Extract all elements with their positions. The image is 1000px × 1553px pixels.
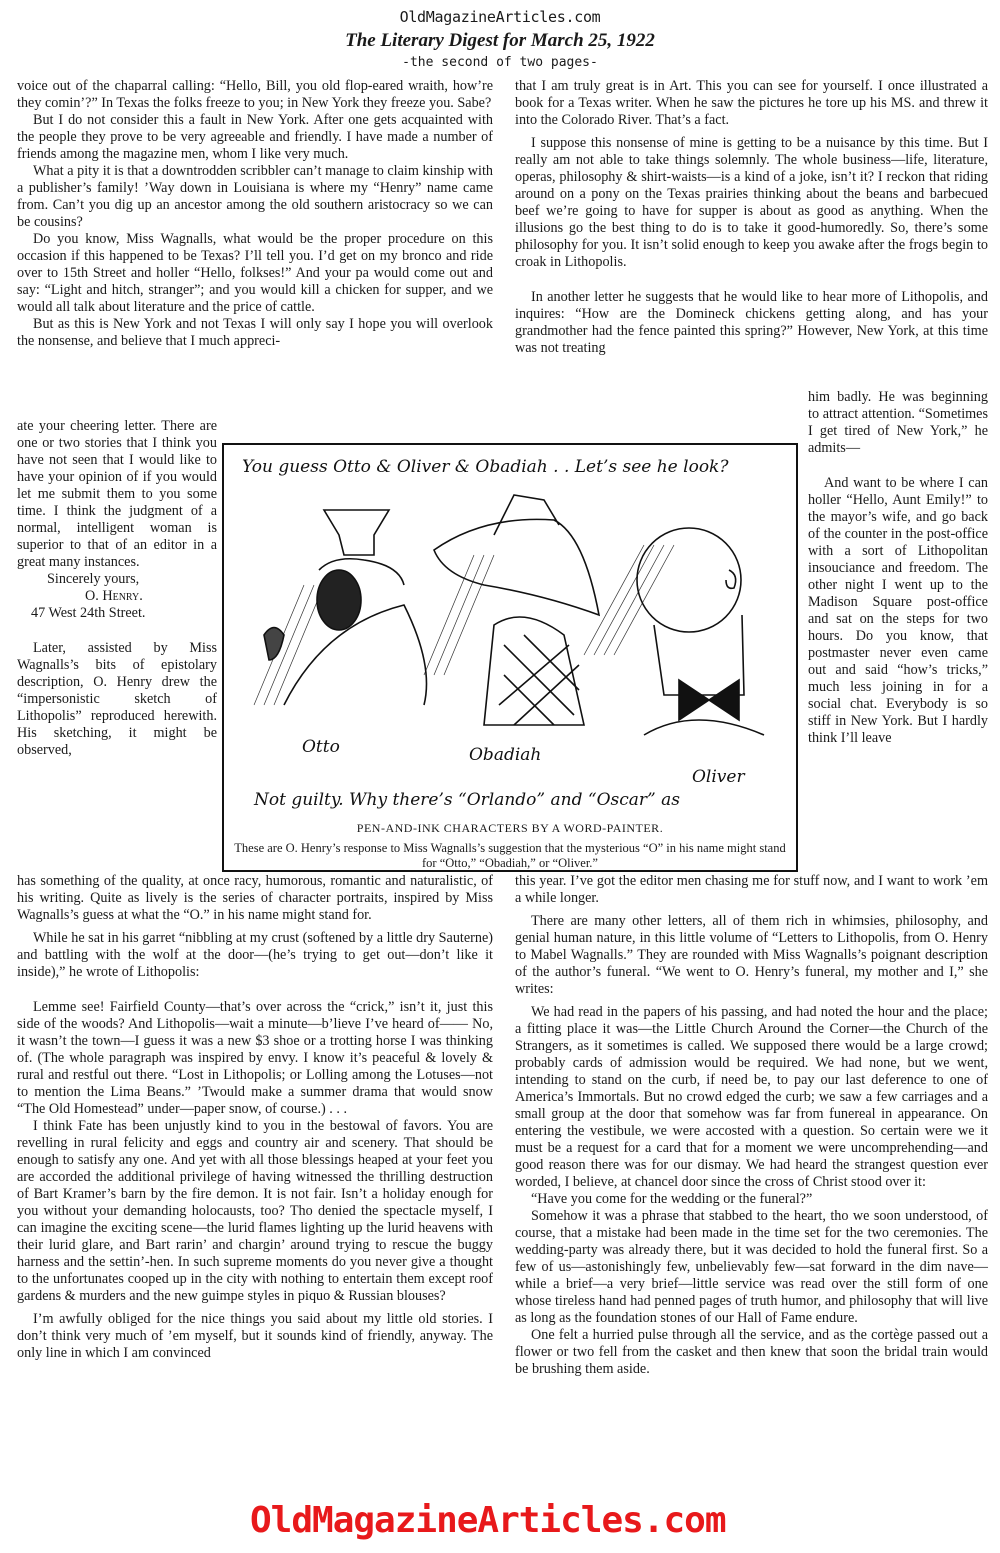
paragraph: has something of the quality, at once ra…	[17, 873, 493, 924]
paragraph: voice out of the chaparral calling: “Hel…	[17, 78, 493, 112]
pen-and-ink-sketch	[224, 475, 796, 775]
quoted-letter: I think Fate has been unjustly kind to y…	[17, 1118, 493, 1305]
label-obadiah: Obadiah	[469, 745, 541, 765]
watermark: OldMagazineArticles.com	[250, 1500, 726, 1541]
handwriting-bottom: Not guilty. Why there’s “Orlando” and “O…	[254, 790, 680, 810]
quoted-letter: Somehow it was a phrase that stabbed to …	[515, 1208, 988, 1327]
quoted-line: “Have you come for the wedding or the fu…	[515, 1191, 988, 1208]
paragraph: ate your cheering letter. There are one …	[17, 418, 217, 571]
paragraph: But I do not consider this a fault in Ne…	[17, 112, 493, 163]
left-column-bottom: has something of the quality, at once ra…	[17, 873, 493, 1362]
paragraph: There are many other letters, all of the…	[515, 913, 988, 998]
closing: Sincerely yours,	[17, 571, 217, 588]
paragraph: Do you know, Miss Wagnalls, what would b…	[17, 231, 493, 316]
quoted-letter: And want to be where I can holler “Hello…	[808, 475, 988, 747]
otto-figure	[264, 510, 427, 705]
handwriting-top: You guess Otto & Oliver & Obadiah . . Le…	[242, 457, 728, 477]
illustration-figure: You guess Otto & Oliver & Obadiah . . Le…	[222, 443, 798, 872]
paragraph: him badly. He was beginning to attract a…	[808, 389, 988, 457]
label-oliver: Oliver	[692, 767, 745, 787]
right-column-top: that I am truly great is in Art. This yo…	[515, 78, 988, 357]
right-column-bottom: this year. I’ve got the editor men chasi…	[515, 873, 988, 1378]
paragraph: What a pity it is that a downtrodden scr…	[17, 163, 493, 231]
quoted-letter: One felt a hurried pulse through all the…	[515, 1327, 988, 1378]
site-name: OldMagazineArticles.com	[0, 8, 1000, 26]
publication-title: The Literary Digest for March 25, 1922	[0, 30, 1000, 52]
paragraph: While he sat in his garret “nibbling at …	[17, 930, 493, 981]
quoted-letter: I suppose this nonsense of mine is getti…	[515, 135, 988, 271]
page-subtitle: -the second of two pages-	[0, 55, 1000, 70]
paragraph: But as this is New York and not Texas I …	[17, 316, 493, 350]
quoted-letter: this year. I’ve got the editor men chasi…	[515, 873, 988, 907]
left-column-narrow: ate your cheering letter. There are one …	[17, 418, 217, 759]
right-column-narrow: him badly. He was beginning to attract a…	[808, 389, 988, 747]
quoted-letter: I’m awfully obliged for the nice things …	[17, 1311, 493, 1362]
address: 47 West 24th Street.	[17, 605, 217, 622]
paragraph: Later, assisted by Miss Wagnalls’s bits …	[17, 640, 217, 759]
signature: O. Henry.	[17, 588, 217, 605]
paragraph: In another letter he suggests that he wo…	[515, 289, 988, 357]
quoted-letter: that I am truly great is in Art. This yo…	[515, 78, 988, 129]
left-column-top: voice out of the chaparral calling: “Hel…	[17, 78, 493, 350]
label-otto: Otto	[302, 737, 340, 757]
quoted-letter: We had read in the papers of his passing…	[515, 1004, 988, 1191]
caption-text: These are O. Henry’s response to Miss Wa…	[234, 841, 786, 871]
caption-title: PEN-AND-INK CHARACTERS BY A WORD-PAINTER…	[224, 821, 796, 836]
quoted-letter: Lemme see! Fairfield County—that’s over …	[17, 999, 493, 1118]
obadiah-figure	[434, 495, 599, 725]
